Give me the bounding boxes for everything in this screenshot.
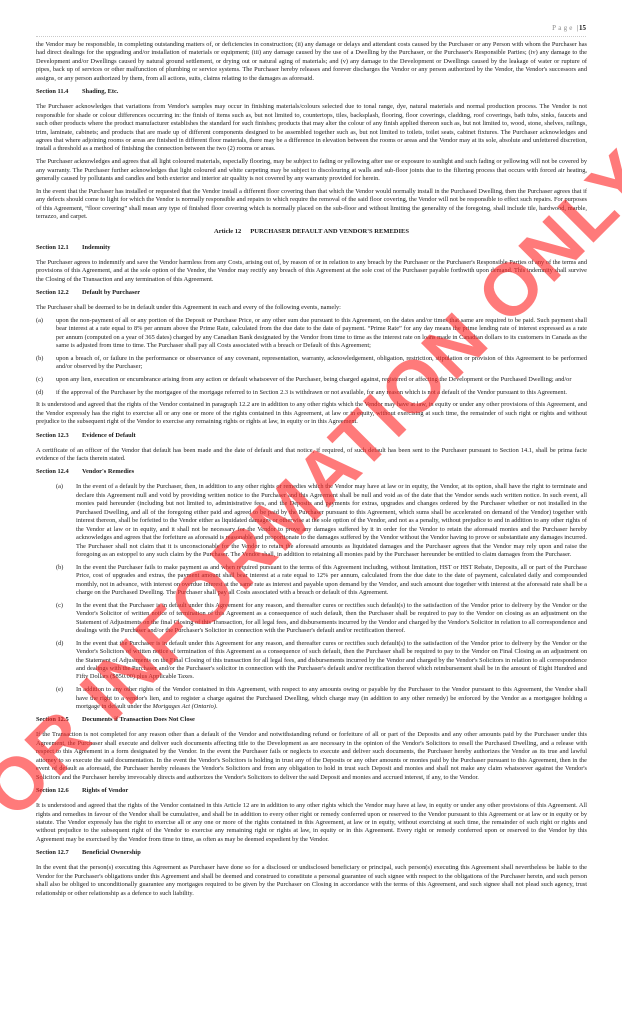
paragraph: In the event that the Purchaser has inst… [36, 188, 587, 222]
section-heading-11-4: Section 11.4Shading, Etc. [36, 88, 587, 96]
section-title: Documents if Transaction Does Not Close [82, 716, 195, 723]
list-text: upon any lien, execution or encumbrance … [56, 376, 587, 384]
section-heading-12-7: Section 12.7Beneficial Ownership [36, 849, 587, 857]
section-heading-12-6: Section 12.6Rights of Vendor [36, 787, 587, 795]
list-text: upon a breach of, or failure in the perf… [56, 355, 587, 372]
continued-paragraph: the Vendor may be responsible, in comple… [36, 41, 587, 83]
list-marker: (d) [56, 640, 76, 682]
section-title: Vendor's Remedies [82, 468, 134, 475]
section-heading-12-2: Section 12.2Default by Purchaser [36, 289, 587, 297]
list-item: (a) In the event of a default by the Pur… [56, 483, 587, 559]
page-separator: | [577, 24, 578, 32]
document-page: Page|15 the Vendor may be responsible, i… [0, 0, 622, 1024]
section-number: Section 12.4 [36, 468, 82, 476]
list-item: (b) In the event the Purchaser fails to … [56, 564, 587, 598]
section-title: Evidence of Default [82, 432, 136, 439]
paragraph: If the Transaction is not completed for … [36, 731, 587, 782]
list-item: (c) In the event that the Purchaser is i… [56, 602, 587, 636]
section-number: Section 11.4 [36, 88, 82, 96]
list-item: (e) In addition to any other rights of t… [56, 686, 587, 711]
list-marker: (e) [56, 686, 76, 711]
list-text: if the approval of the Purchaser by the … [56, 389, 587, 397]
paragraph: The Purchaser acknowledges and agrees th… [36, 158, 587, 183]
page-number: 15 [579, 24, 586, 32]
list-item: (d) In the event that the Purchaser is i… [56, 640, 587, 682]
list-marker: (d) [36, 389, 56, 397]
section-heading-12-1: Section 12.1Indemnity [36, 244, 587, 252]
paragraph: The Purchaser acknowledges that variatio… [36, 103, 587, 154]
list-text-suffix: . [216, 703, 218, 710]
article-heading-12: Article 12PURCHASER DEFAULT AND VENDOR'S… [36, 228, 587, 236]
list-marker: (b) [36, 355, 56, 372]
list-text: In the event that the Purchaser is in de… [76, 602, 587, 636]
section-title: Beneficial Ownership [82, 849, 141, 856]
section-title: Indemnity [82, 244, 110, 251]
list-item: (c) upon any lien, execution or encumbra… [36, 376, 587, 384]
page-label: Page [552, 24, 574, 32]
section-number: Section 12.3 [36, 432, 82, 440]
list-marker: (c) [36, 376, 56, 384]
list-marker: (a) [56, 483, 76, 559]
section-number: Section 12.2 [36, 289, 82, 297]
paragraph: It is understood and agreed that the rig… [36, 802, 587, 844]
section-title: Shading, Etc. [82, 88, 118, 95]
list-text: In the event the Purchaser fails to make… [76, 564, 587, 598]
list-text: In the event of a default by the Purchas… [76, 483, 587, 559]
article-title: PURCHASER DEFAULT AND VENDOR'S REMEDIES [250, 228, 409, 235]
list-text: upon the non-payment of all or any porti… [56, 317, 587, 351]
page-header: Page|15 [36, 22, 586, 37]
list-marker: (b) [56, 564, 76, 598]
paragraph: In the event that the person(s) executin… [36, 864, 587, 898]
remedies-list: (a) In the event of a default by the Pur… [36, 483, 587, 711]
paragraph: A certificate of an officer of the Vendo… [36, 447, 587, 464]
section-title: Rights of Vendor [82, 787, 128, 794]
section-number: Section 12.6 [36, 787, 82, 795]
section-heading-12-5: Section 12.5Documents if Transaction Doe… [36, 716, 587, 724]
paragraph: It is understood and agreed that the rig… [36, 401, 587, 426]
paragraph: The Purchaser shall be deemed to be in d… [36, 304, 587, 312]
section-number: Section 12.1 [36, 244, 82, 252]
document-body: the Vendor may be responsible, in comple… [36, 41, 587, 902]
list-text: In the event that the Purchaser is in de… [76, 640, 587, 682]
section-heading-12-4: Section 12.4Vendor's Remedies [36, 468, 587, 476]
list-item: (a) upon the non-payment of all or any p… [36, 317, 587, 351]
section-heading-12-3: Section 12.3Evidence of Default [36, 432, 587, 440]
section-number: Section 12.7 [36, 849, 82, 857]
paragraph: The Purchaser agrees to indemnify and sa… [36, 259, 587, 284]
list-item: (d) if the approval of the Purchaser by … [36, 389, 587, 397]
statute-name: Mortgages Act (Ontario) [153, 703, 216, 710]
list-text: In addition to any other rights of the V… [76, 686, 587, 711]
list-item: (b) upon a breach of, or failure in the … [36, 355, 587, 372]
list-marker: (a) [36, 317, 56, 351]
article-number: Article 12 [214, 228, 241, 235]
section-title: Default by Purchaser [82, 289, 140, 296]
list-marker: (c) [56, 602, 76, 636]
section-number: Section 12.5 [36, 716, 82, 724]
